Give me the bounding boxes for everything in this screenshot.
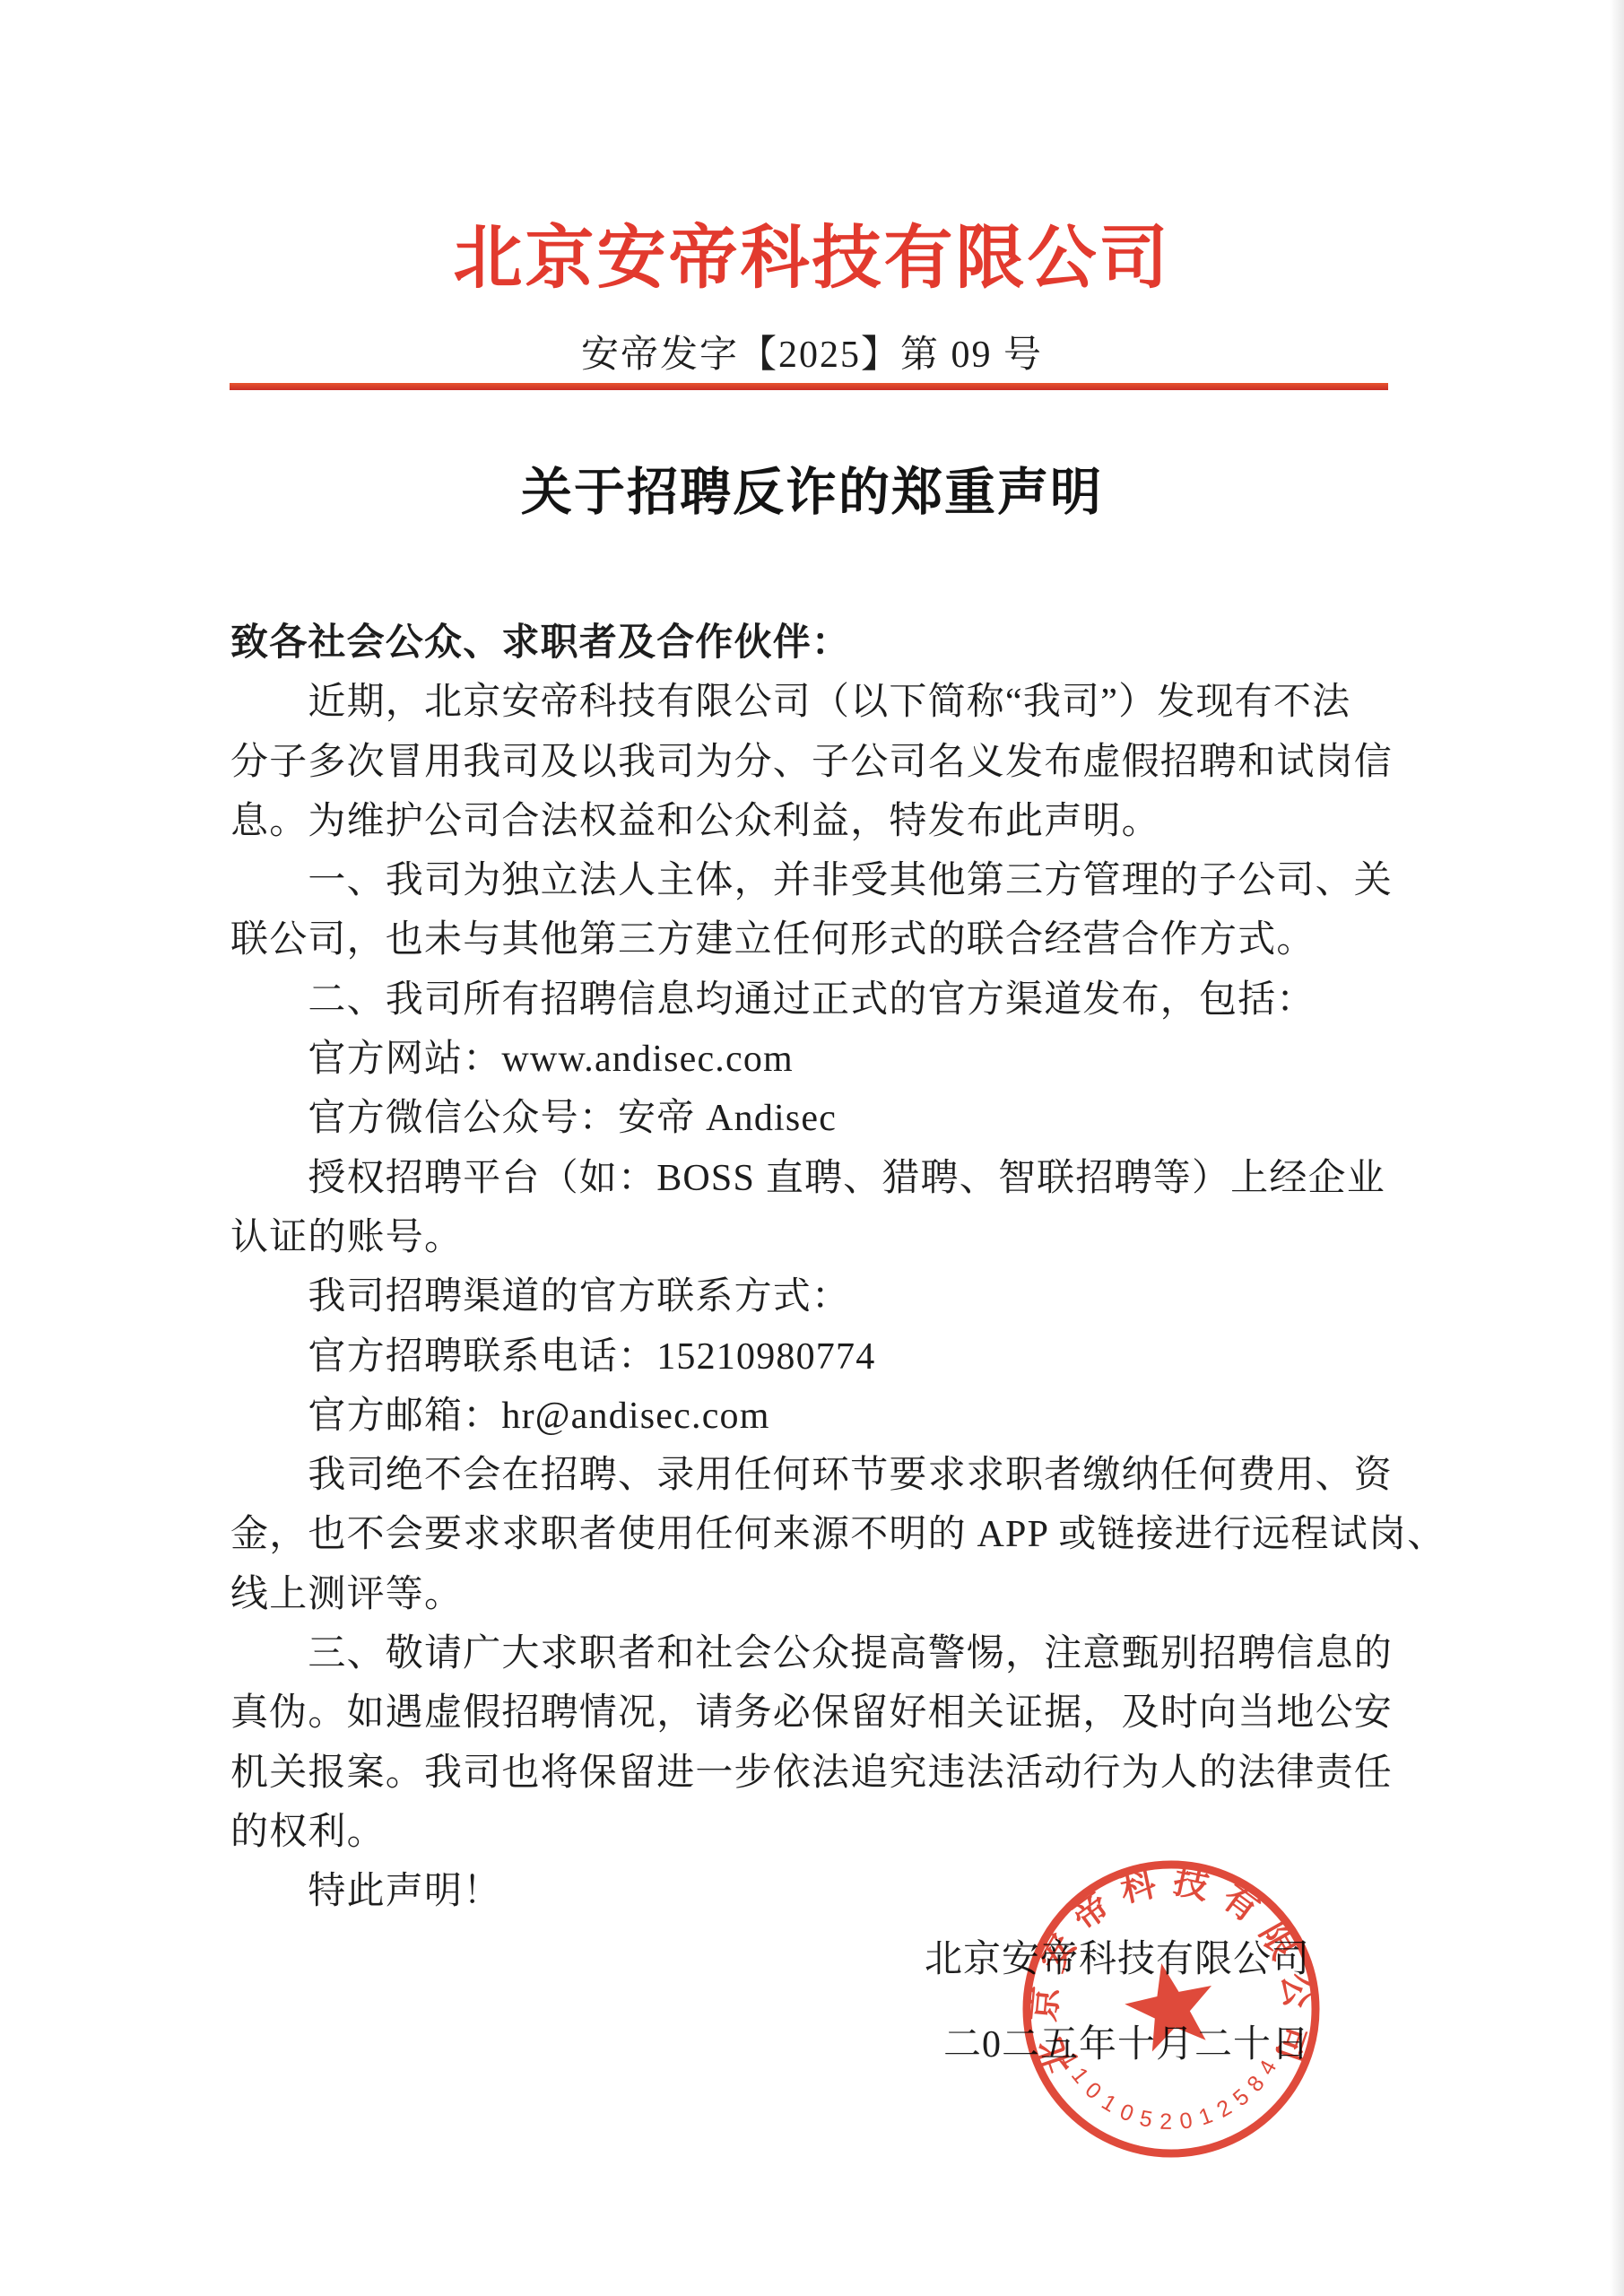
red-divider-line <box>230 383 1388 390</box>
body-line: 联公司，也未与其他第三方建立任何形式的联合经营合作方式。 <box>230 910 1405 970</box>
body-line: 授权招聘平台（如：BOSS 直聘、猎聘、智联招聘等）上经企业 <box>230 1149 1405 1208</box>
body-line: 官方招聘联系电话：15210980774 <box>230 1327 1405 1387</box>
body-line: 近期，北京安帝科技有限公司（以下简称“我司”）发现有不法 <box>230 673 1405 732</box>
body-line: 官方微信公众号：安帝 Andisec <box>230 1089 1405 1148</box>
body-line: 金，也不会要求求职者使用任何来源不明的 APP 或链接进行远程试岗、 <box>230 1505 1405 1564</box>
body-line: 线上测评等。 <box>230 1565 1405 1624</box>
body-line: 我司绝不会在招聘、录用任何环节要求求职者缴纳任何费用、资 <box>230 1446 1405 1505</box>
doc-number: 安帝发字【2025】第 09 号 <box>0 325 1624 378</box>
svg-text:1101052012584: 1101052012584 <box>1056 2048 1286 2135</box>
svg-text:北京安帝科技有限公司: 北京安帝科技有限公司 <box>1024 1862 1318 2079</box>
document-title: 关于招聘反诈的郑重声明 <box>0 451 1624 525</box>
body-line: 机关报案。我司也将保留进一步依法追究违法活动行为人的法律责任 <box>230 1744 1405 1803</box>
seal-serial-number: 1101052012584 <box>1056 2048 1286 2135</box>
body-line: 致各社会公众、求职者及合作伙伴： <box>230 613 1405 673</box>
body-line: 官方网站：www.andisec.com <box>230 1030 1405 1089</box>
body-line: 认证的账号。 <box>230 1208 1405 1267</box>
seal-star-icon <box>1118 1954 1222 2056</box>
body-line: 一、我司为独立法人主体，并非受其他第三方管理的子公司、关 <box>230 851 1405 910</box>
body-line: 二、我司所有招聘信息均通过正式的官方渠道发布，包括： <box>230 970 1405 1030</box>
body-line: 分子多次冒用我司及以我司为分、子公司名义发布虚假招聘和试岗信 <box>230 733 1405 792</box>
body-line: 息。为维护公司合法权益和公众利益，特发布此声明。 <box>230 792 1405 851</box>
body-line: 我司招聘渠道的官方联系方式： <box>230 1267 1405 1326</box>
body-line: 真伪。如遇虚假招聘情况，请务必保留好相关证据，及时向当地公安 <box>230 1683 1405 1743</box>
body-line: 三、敬请广大求职者和社会公众提高警惕，注意甄别招聘信息的 <box>230 1624 1405 1683</box>
seal-ring-text: 北京安帝科技有限公司 <box>1024 1862 1318 2079</box>
body-text: 致各社会公众、求职者及合作伙伴：近期，北京安帝科技有限公司（以下简称“我司”）发… <box>230 613 1405 1922</box>
document-page: 北京安帝科技有限公司 安帝发字【2025】第 09 号 关于招聘反诈的郑重声明 … <box>0 0 1624 2296</box>
company-seal-stamp: 北京安帝科技有限公司 1101052012584 <box>1010 1848 1333 2170</box>
body-line: 官方邮箱：hr@andisec.com <box>230 1387 1405 1446</box>
company-header: 北京安帝科技有限公司 <box>0 203 1624 302</box>
